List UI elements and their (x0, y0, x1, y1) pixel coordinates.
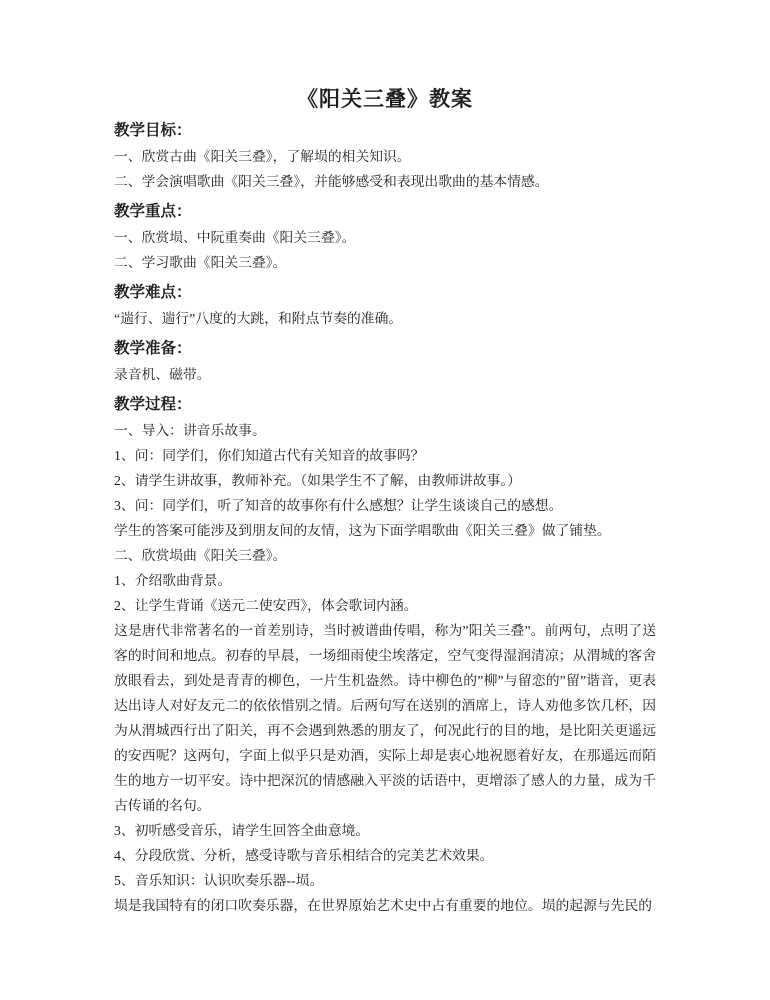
text-line: “遄行、遄行”八度的大跳，和附点节奏的准确。 (114, 306, 656, 331)
section-heading-difficulties: 教学难点： (114, 279, 656, 306)
section-difficulties: 教学难点： “遄行、遄行”八度的大跳，和附点节奏的准确。 (114, 279, 656, 331)
text-line: 一、欣赏埙、中阮重奏曲《阳关三叠》。 (114, 225, 656, 250)
text-line: 二、学习歌曲《阳关三叠》。 (114, 250, 656, 275)
text-line: 4、分段欣赏、分析，感受诗歌与音乐相结合的完美艺术效果。 (114, 843, 656, 868)
section-heading-preparation: 教学准备： (114, 335, 656, 362)
text-line: 1、介绍歌曲背景。 (114, 568, 656, 593)
text-line: 录音机、磁带。 (114, 362, 656, 387)
text-line: 3、问：同学们，听了知音的故事你有什么感想？让学生谈谈自己的感想。 (114, 493, 656, 518)
document-page: 《阳关三叠》教案 教学目标： 一、欣赏古曲《阳关三叠》，了解埙的相关知识。 二、… (0, 0, 770, 1000)
section-process: 教学过程： 一、导入：讲音乐故事。 1、问：同学们，你们知道古代有关知音的故事吗… (114, 391, 656, 918)
section-heading-objectives: 教学目标： (114, 117, 656, 144)
document-title: 《阳关三叠》教案 (114, 86, 656, 112)
text-line: 2、请学生讲故事，教师补充。（如果学生不了解，由教师讲故事。） (114, 468, 656, 493)
text-line: 学生的答案可能涉及到朋友间的友情，这为下面学唱歌曲《阳关三叠》做了铺垫。 (114, 518, 656, 543)
text-line: 二、欣赏埙曲《阳关三叠》。 (114, 543, 656, 568)
text-line: 二、学会演唱歌曲《阳关三叠》，并能够感受和表现出歌曲的基本情感。 (114, 169, 656, 194)
section-objectives: 教学目标： 一、欣赏古曲《阳关三叠》，了解埙的相关知识。 二、学会演唱歌曲《阳关… (114, 117, 656, 194)
text-line: 2、让学生背诵《送元二使安西》，体会歌词内涵。 (114, 593, 656, 618)
section-key-points: 教学重点： 一、欣赏埙、中阮重奏曲《阳关三叠》。 二、学习歌曲《阳关三叠》。 (114, 198, 656, 275)
text-line: 3、初听感受音乐，请学生回答全曲意境。 (114, 818, 656, 843)
doc-paragraph: 这是唐代非常著名的一首差别诗，当时被谱曲传唱，称为”阳关三叠”。前两句，点明了送… (114, 618, 656, 818)
doc-paragraph: 埙是我国特有的闭口吹奏乐器，在世界原始艺术史中占有重要的地位。埙的起源与先民的 (114, 893, 656, 918)
section-preparation: 教学准备： 录音机、磁带。 (114, 335, 656, 387)
text-line: 一、导入：讲音乐故事。 (114, 418, 656, 443)
text-line: 5、音乐知识：认识吹奏乐器--埙。 (114, 868, 656, 893)
text-line: 一、欣赏古曲《阳关三叠》，了解埙的相关知识。 (114, 144, 656, 169)
section-heading-key-points: 教学重点： (114, 198, 656, 225)
text-line: 1、问：同学们，你们知道古代有关知音的故事吗？ (114, 443, 656, 468)
section-heading-process: 教学过程： (114, 391, 656, 418)
